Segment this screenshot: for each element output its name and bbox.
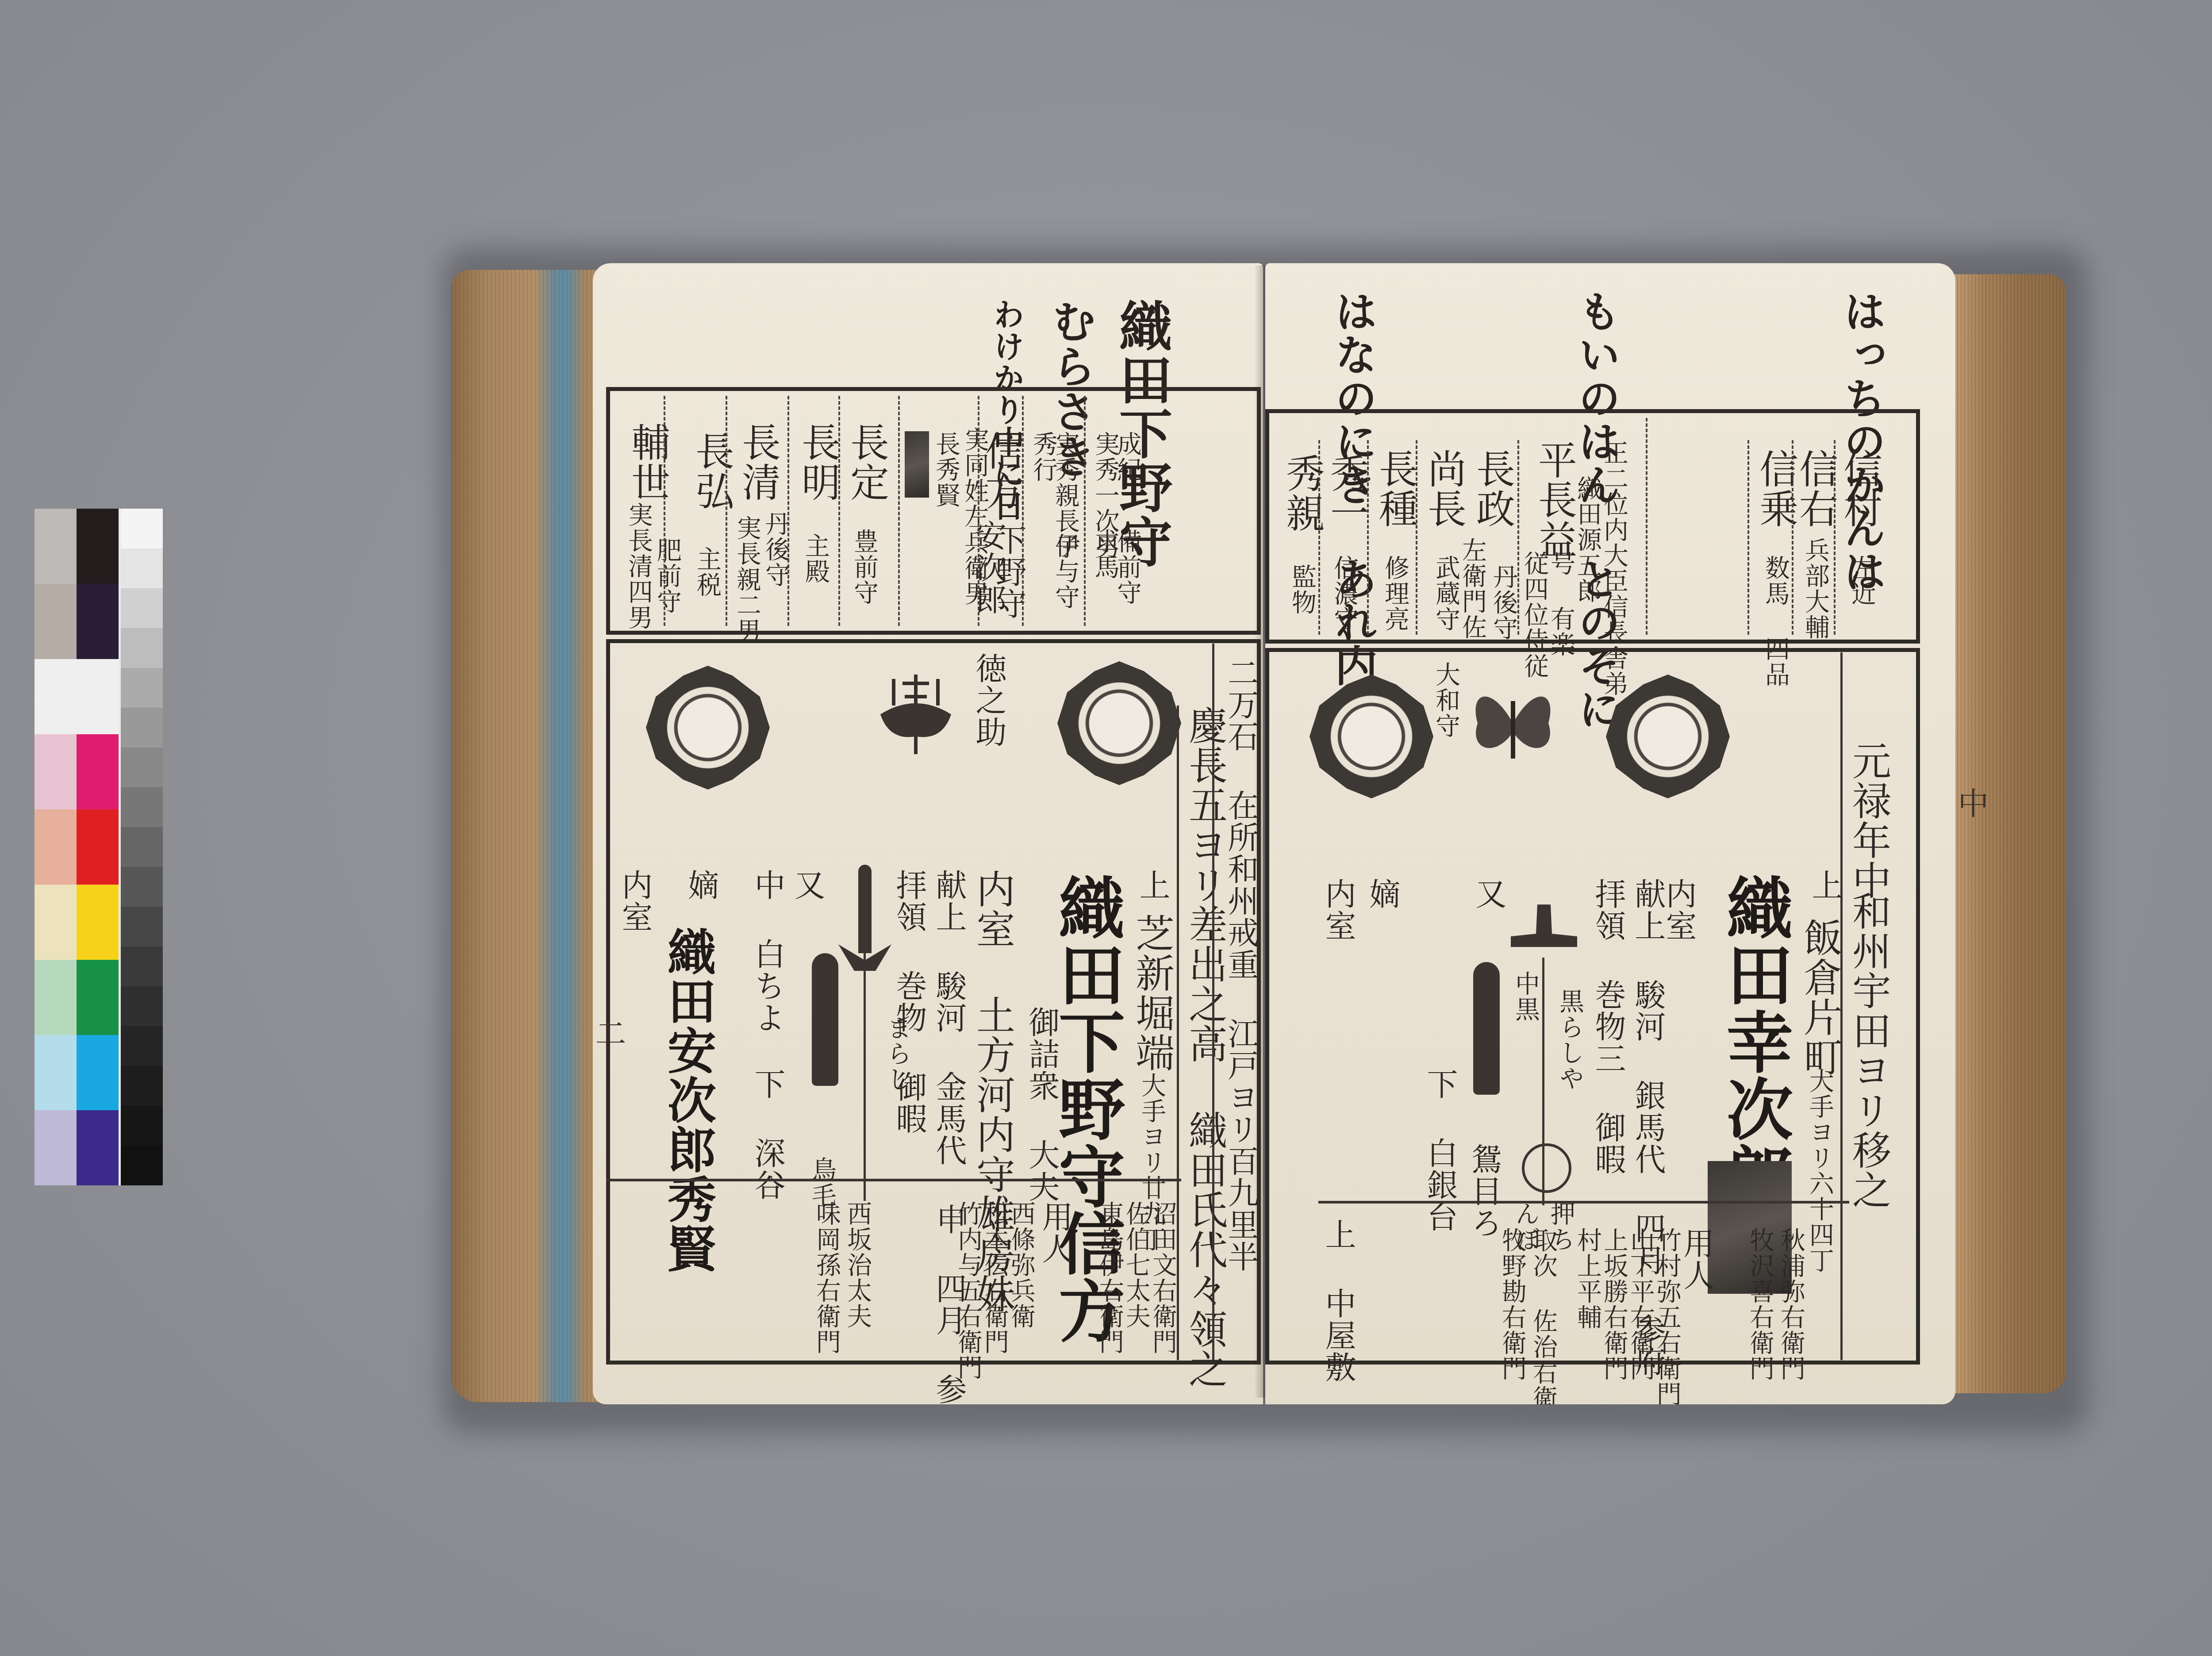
residence-label: 上 xyxy=(1809,869,1840,901)
genealogy-name: 信乗 xyxy=(1756,449,1795,529)
genealogy-name: 長政 xyxy=(1473,449,1512,529)
gray-step-swatch xyxy=(121,548,163,588)
gray-step-swatch xyxy=(121,787,163,827)
right-edge-mark: 中 xyxy=(1955,787,1986,819)
genealogy-title: 丹後守 xyxy=(763,511,788,588)
paulownia-crest-icon xyxy=(863,666,969,767)
color-swatch xyxy=(77,1035,119,1110)
spear-note: まらし xyxy=(885,1015,910,1092)
mother-note: 内室 xyxy=(1323,878,1354,942)
gray-step-swatch xyxy=(121,986,163,1026)
color-swatch xyxy=(35,809,77,885)
residence-distance: 大手ヨリ六十四丁 xyxy=(1807,1068,1832,1273)
spear-label: 又 xyxy=(792,869,823,901)
spear-note: 黒らしや xyxy=(1557,989,1582,1091)
staff-member: 山下平右衛門 xyxy=(1628,1227,1653,1381)
genealogy-title: 修理亮 xyxy=(1382,555,1407,632)
gray-step-swatch xyxy=(121,628,163,668)
long-spear-sheath-icon xyxy=(812,953,838,1086)
gray-step-swatch xyxy=(121,708,163,747)
spear-head-icon xyxy=(858,865,872,953)
era-note: 元禄年中 xyxy=(1849,741,1888,900)
color-swatch xyxy=(77,734,119,809)
heir-name: 織田安次郎秀賢 xyxy=(664,927,712,1273)
genealogy-note: 左衛門佐 xyxy=(1460,537,1485,640)
history-note: 慶長五ヨリ差出之高 織田氏代々領之 xyxy=(1186,705,1225,1389)
spear-note: 鴛目ろ xyxy=(1469,1143,1500,1239)
genealogy-title: 伊与守 xyxy=(1053,533,1078,610)
color-swatch xyxy=(35,960,77,1035)
genealogy-name: 信右 xyxy=(1796,449,1835,529)
genealogy-note: 織田源五郎 xyxy=(1575,475,1600,604)
color-swatch xyxy=(35,734,77,809)
color-swatch xyxy=(77,885,119,960)
elder-member: 佐伯七太夫 xyxy=(1124,1201,1148,1329)
history-note: 和州宇田ヨリ移之 xyxy=(1849,891,1888,1210)
butterfly-crest-icon xyxy=(1460,675,1566,772)
spear-note: 鳥毛 xyxy=(810,1157,834,1208)
color-swatch xyxy=(35,885,77,960)
lower-residence: 下 白銀台 xyxy=(1425,1068,1455,1233)
genealogy-name: 長明 xyxy=(799,422,837,502)
genealogy-name: 長定 xyxy=(847,422,886,502)
gray-step-swatch xyxy=(121,827,163,867)
genealogy-name: 秀親 xyxy=(1283,453,1322,533)
left-edge-mark: 二 xyxy=(593,1017,624,1049)
elder-member: 沼田文右衛門 xyxy=(1150,1201,1175,1355)
other-member: 牧野勘右衛門 xyxy=(1500,1227,1525,1381)
genealogy-title: 豊前守 xyxy=(852,529,876,606)
residence-label: 上 xyxy=(1137,869,1168,901)
lower-left-note: 上 中屋敷 xyxy=(1323,1219,1354,1383)
other-member: 西坂治太夫 xyxy=(845,1201,870,1329)
book-right-edge xyxy=(1947,274,2066,1393)
genealogy-title: 備前守 xyxy=(1115,529,1140,606)
side-note: 二万石 在所和州戒重 江戸ヨリ百九里半 xyxy=(1225,657,1256,1273)
gray-step-swatch xyxy=(121,1146,163,1185)
genealogy-name: 長清 xyxy=(739,422,778,502)
genealogy-title: 左近 xyxy=(1849,555,1874,606)
left-page: 織田下野守 むらさき わけかり中に日 輔世 実長清四男 肥前守 長弘 主税 長清… xyxy=(593,263,1263,1404)
genealogy-name: 信村 xyxy=(1840,449,1879,529)
staff-member: 村上平輔 xyxy=(1575,1227,1600,1330)
heir-mother: 内室 xyxy=(619,869,650,933)
color-swatch xyxy=(35,509,77,584)
genealogy-title: 主税 xyxy=(695,546,719,598)
gray-step-swatch xyxy=(121,947,163,986)
staff-member: 西條弥兵衛 xyxy=(1009,1201,1033,1329)
staff-label: 用人 xyxy=(1681,1227,1712,1291)
color-swatch xyxy=(35,584,77,659)
genealogy-name: 秀一 xyxy=(1327,453,1366,533)
genealogy-title: 主殿 xyxy=(803,533,828,584)
lord-rank: 御詰衆 大夫 xyxy=(1026,1006,1057,1203)
gray-step-swatch xyxy=(121,907,163,947)
color-checker-card xyxy=(35,509,163,1185)
genealogy-title: 信濃守 xyxy=(1332,555,1356,632)
long-spear-sheath-icon xyxy=(1473,962,1500,1095)
received-gifts: 拝領 巻物三 御暇 xyxy=(1593,878,1624,1175)
gray-step-swatch xyxy=(121,867,163,907)
color-swatch xyxy=(77,809,119,885)
genealogy-note: 号 有楽 xyxy=(1548,551,1573,657)
gray-step-swatch xyxy=(121,668,163,708)
genealogy-name: 長秀賢 xyxy=(933,431,958,508)
wife-note: 内室 xyxy=(1663,878,1694,942)
heir-label: 嫡 xyxy=(686,869,717,901)
elder-member: 東島伊右衛門 xyxy=(1097,1201,1122,1355)
genealogy-title: 監物 xyxy=(1290,564,1314,615)
staff-label: 用人 xyxy=(1040,1201,1071,1265)
flower-mark-icon xyxy=(1522,1143,1571,1193)
gray-step-swatch xyxy=(121,588,163,628)
residence: 飯倉片町 xyxy=(1801,918,1839,1077)
gray-step-swatch xyxy=(121,509,163,548)
genealogy-note: 実長清四男 xyxy=(626,502,651,630)
elder-member: 秋浦弥右衛門 xyxy=(1778,1227,1803,1381)
genealogy-title: 肥前守 xyxy=(655,537,680,614)
genealogy-name: 尚長 xyxy=(1425,449,1463,529)
gray-step-swatch xyxy=(121,747,163,787)
right-page: はっちのかんは もいのはん とのそに はなのにき あれ内 信村 左近 信右 兵部… xyxy=(1265,263,1955,1404)
staff-member: 竹村弥五右衛門 xyxy=(1655,1227,1679,1404)
genealogy-title: 兵部大輔 xyxy=(1803,537,1828,640)
color-swatch xyxy=(77,584,119,659)
genealogy-note: 成紀 xyxy=(1115,431,1140,483)
genealogy-name: 平長益 xyxy=(1535,440,1574,560)
color-swatch xyxy=(35,659,77,734)
color-swatch xyxy=(77,1110,119,1185)
staff-member: 竹内与五右衛門 xyxy=(956,1201,980,1380)
spear-label: 又 xyxy=(1473,878,1504,910)
genealogy-title: 丹後守 xyxy=(1491,564,1516,641)
genealogy-note: 実長親二男 xyxy=(734,515,759,644)
gray-step-swatch xyxy=(121,1106,163,1146)
middle-residence: 中 白ちよ xyxy=(752,869,783,1034)
gray-step-swatch xyxy=(121,1066,163,1106)
color-swatch xyxy=(77,659,119,734)
spear-note: 中黒 xyxy=(1513,971,1538,1022)
other-member: 味岡孫右衛門 xyxy=(814,1201,839,1355)
color-swatch xyxy=(35,1035,77,1110)
staff-member: 上坂勝右衛門 xyxy=(1601,1227,1626,1381)
elder-member: 牧沢喜右衛門 xyxy=(1747,1227,1772,1381)
genealogy-seal-block xyxy=(905,431,929,498)
genealogy-note: 実同姓左兵衛男 xyxy=(962,427,987,606)
heir-label: 嫡 xyxy=(1367,878,1398,910)
lord-name: 織田幸次郎 xyxy=(1721,874,1787,1210)
other-member: 取次 佐治右衛門 xyxy=(1531,1227,1555,1404)
genealogy-name: 長種 xyxy=(1376,449,1415,529)
staff-member: 松本伝右衛門 xyxy=(982,1201,1007,1355)
color-swatch xyxy=(35,1110,77,1185)
genealogy-name: 輔世 xyxy=(628,422,667,502)
residence: 芝新堀端 xyxy=(1133,913,1171,1073)
gray-step-swatch xyxy=(121,1026,163,1066)
genealogy-title: 下野守 xyxy=(993,524,1024,620)
color-swatch xyxy=(77,509,119,584)
received-gifts: 拝領 巻物 御暇 xyxy=(894,869,925,1135)
color-swatch xyxy=(77,960,119,1035)
